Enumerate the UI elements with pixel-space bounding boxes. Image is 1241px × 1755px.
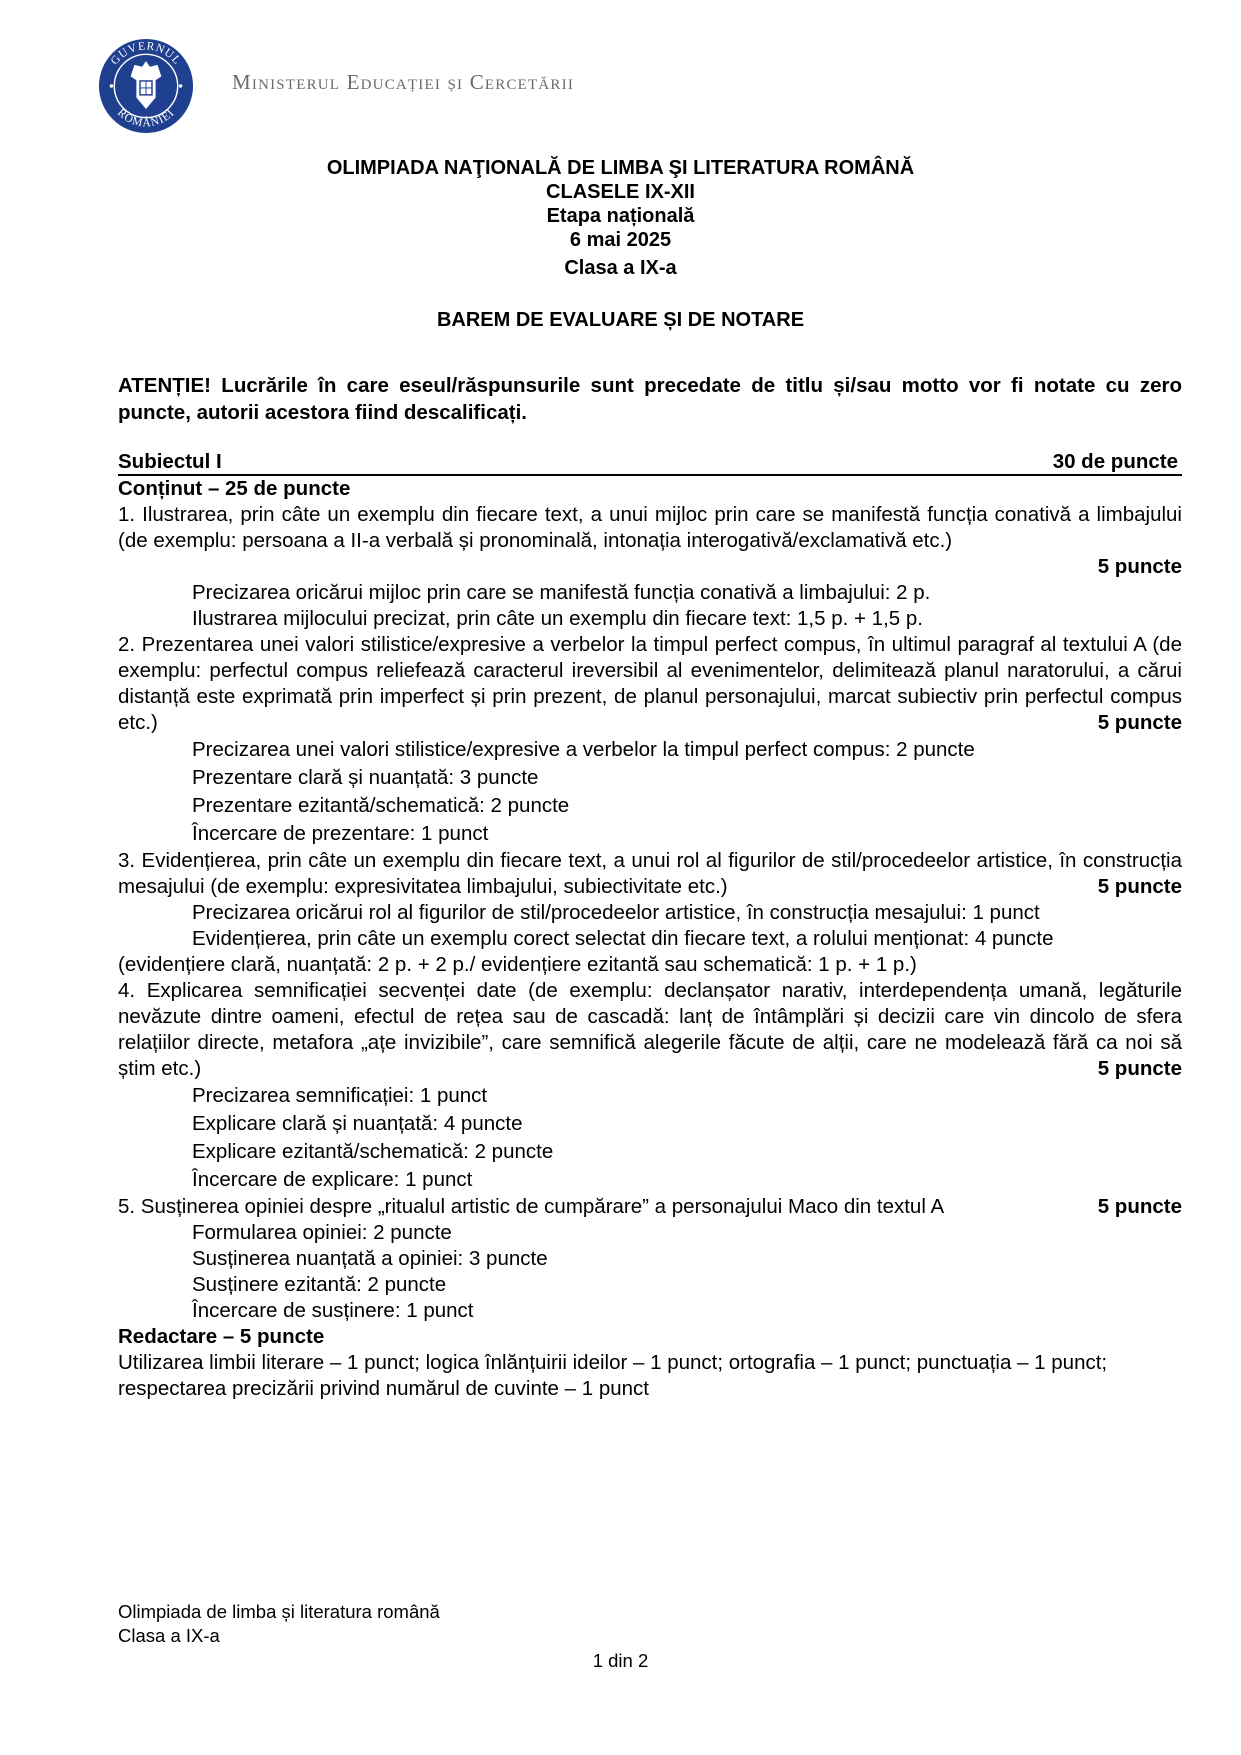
page-footer: Olimpiada de limba și literatura română … xyxy=(118,1600,440,1648)
warning-note: ATENȚIE! Lucrările în care eseul/răspuns… xyxy=(118,372,1182,426)
item-4-criterion: Încercare de explicare: 1 punct xyxy=(118,1166,1182,1194)
item-5-criterion: Formularea opiniei: 2 puncte xyxy=(118,1220,1182,1246)
item-1-criterion: Precizarea oricărui mijloc prin care se … xyxy=(118,580,1182,606)
warning-text: Lucrările în care eseul/răspunsurile sun… xyxy=(118,374,1182,424)
document-heading: BAREM DE EVALUARE ȘI DE NOTARE xyxy=(0,309,1241,332)
warning-label: ATENȚIE! xyxy=(118,374,211,397)
item-2-criterion: Prezentare ezitantă/schematică: 2 puncte xyxy=(118,792,1182,820)
item-5-criterion: Susținere ezitantă: 2 puncte xyxy=(118,1272,1182,1298)
item-3: 3. Evidențierea, prin câte un exemplu di… xyxy=(118,848,1182,900)
item-1-text: 1. Ilustrarea, prin câte un exemplu din … xyxy=(118,502,1182,554)
page-number: 1 din 2 xyxy=(0,1650,1241,1672)
olympiad-title: OLIMPIADA NAŢIONALĂ DE LIMBA ŞI LITERATU… xyxy=(0,157,1241,180)
item-3-criterion: Evidențierea, prin câte un exemplu corec… xyxy=(118,926,1182,952)
redactare-heading: Redactare – 5 puncte xyxy=(118,1324,1182,1350)
item-3-criterion: Precizarea oricărui rol al figurilor de … xyxy=(118,900,1182,926)
item-5-criterion: Încercare de susținere: 1 punct xyxy=(118,1298,1182,1324)
exam-date: 6 mai 2025 xyxy=(0,229,1241,252)
item-3-text: 3. Evidențierea, prin câte un exemplu di… xyxy=(118,848,1182,900)
redactare-text: Utilizarea limbii literare – 1 punct; lo… xyxy=(118,1350,1182,1402)
item-5: 5. Susținerea opiniei despre „ritualul a… xyxy=(118,1194,1182,1220)
item-4-criterion: Explicare clară și nuanțată: 4 puncte xyxy=(118,1110,1182,1138)
item-2-criterion: Prezentare clară și nuanțată: 3 puncte xyxy=(118,764,1182,792)
subject-header: Subiectul I 30 de puncte xyxy=(118,450,1182,476)
item-2: 2. Prezentarea unei valori stilistice/ex… xyxy=(118,632,1182,736)
item-4: 4. Explicarea semnificației secvenței da… xyxy=(118,978,1182,1082)
footer-olympiad: Olimpiada de limba și literatura română xyxy=(118,1600,440,1624)
class-name: Clasa a IX-a xyxy=(0,257,1241,280)
item-2-criterion: Precizarea unei valori stilistice/expres… xyxy=(118,736,1182,764)
stage-name: Etapa națională xyxy=(0,205,1241,228)
item-4-criterion: Explicare ezitantă/schematică: 2 puncte xyxy=(118,1138,1182,1166)
item-4-points: 5 puncte xyxy=(1098,1056,1182,1082)
footer-class: Clasa a IX-a xyxy=(118,1624,440,1648)
item-5-criterion: Susținerea nuanțată a opiniei: 3 puncte xyxy=(118,1246,1182,1272)
subject-section: Subiectul I 30 de puncte Conținut – 25 d… xyxy=(118,450,1182,1402)
item-5-points: 5 puncte xyxy=(1098,1194,1182,1220)
grades-range: CLASELE IX-XII xyxy=(0,181,1241,204)
government-logo-icon: GUVERNUL ROMÂNIEI xyxy=(98,38,194,134)
item-5-text: 5. Susținerea opiniei despre „ritualul a… xyxy=(118,1194,1182,1220)
item-2-text: 2. Prezentarea unei valori stilistice/ex… xyxy=(118,632,1182,736)
subject-points: 30 de puncte xyxy=(1053,450,1178,474)
item-1-criterion: Ilustrarea mijlocului precizat, prin cât… xyxy=(118,606,1182,632)
item-4-criterion: Precizarea semnificației: 1 punct xyxy=(118,1082,1182,1110)
ministry-name: Ministerul Educației și Cercetării xyxy=(232,70,574,95)
item-3-continuation: (evidențiere clară, nuanțată: 2 p. + 2 p… xyxy=(118,952,1182,978)
item-2-points: 5 puncte xyxy=(1098,710,1182,736)
item-1-points: 5 puncte xyxy=(118,554,1182,580)
item-4-text: 4. Explicarea semnificației secvenței da… xyxy=(118,978,1182,1082)
item-2-criterion: Încercare de prezentare: 1 punct xyxy=(118,820,1182,848)
subject-label: Subiectul I xyxy=(118,450,222,474)
content-heading: Conținut – 25 de puncte xyxy=(118,476,1182,502)
item-3-points: 5 puncte xyxy=(1098,874,1182,900)
